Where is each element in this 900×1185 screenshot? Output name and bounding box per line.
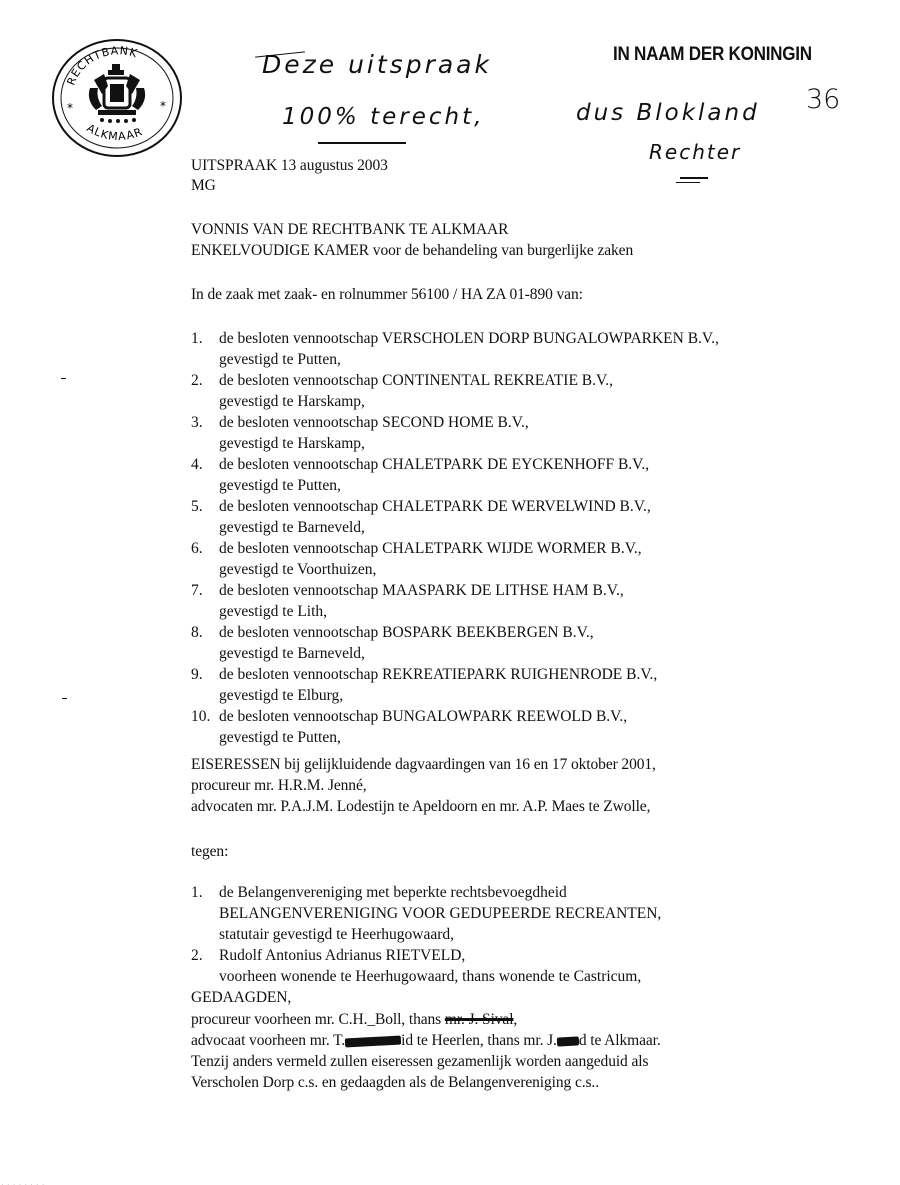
- advocaat-text-b: id te Heerlen, thans mr. J.: [401, 1032, 557, 1049]
- list-number: 4.: [191, 455, 203, 475]
- page-number: 36: [806, 84, 840, 115]
- list-number: 3.: [191, 413, 203, 433]
- plaintiff-seat: gevestigd te Barneveld,: [219, 644, 365, 664]
- advocaat-text-a: advocaat voorheen mr. T.: [191, 1032, 345, 1049]
- svg-text:*: *: [67, 101, 73, 115]
- plaintiff-name: de besloten vennootschap CONTINENTAL REK…: [219, 371, 613, 391]
- margin-mark: [62, 698, 67, 699]
- list-number: 1.: [191, 883, 203, 903]
- defendant-line: Rudolf Antonius Adrianus RIETVELD,: [219, 946, 465, 966]
- plaintiff-name: de besloten vennootschap BOSPARK BEEKBER…: [219, 623, 594, 643]
- defendants-advocaat: advocaat voorheen mr. T.id te Heerlen, t…: [191, 1031, 661, 1051]
- list-number: 6.: [191, 539, 203, 559]
- signature-underline-2: [676, 182, 700, 183]
- document-title: VONNIS VAN DE RECHTBANK TE ALKMAAR: [191, 220, 508, 240]
- plaintiff-seat: gevestigd te Putten,: [219, 350, 341, 370]
- defendants-label: GEDAAGDEN,: [191, 988, 291, 1008]
- uitspraak-date: UITSPRAAK 13 augustus 2003: [191, 156, 388, 176]
- plaintiff-seat: gevestigd te Barneveld,: [219, 518, 365, 538]
- handwritten-signature: Rechter: [649, 140, 741, 164]
- list-number: 5.: [191, 497, 203, 517]
- plaintiff-seat: gevestigd te Voorthuizen,: [219, 560, 376, 580]
- procureur-comma: ,: [513, 1011, 517, 1028]
- svg-text:ALKMAAR: ALKMAAR: [85, 121, 145, 143]
- redaction-mark: [557, 1036, 579, 1046]
- procureur-text: procureur voorheen mr. C.H._Boll, thans: [191, 1011, 445, 1028]
- plaintiff-seat: gevestigd te Harskamp,: [219, 392, 365, 412]
- defendant-line: statutair gevestigd te Heerhugowaard,: [219, 925, 454, 945]
- margin-mark: [61, 378, 66, 379]
- plaintiffs-procureur: procureur mr. H.R.M. Jenné,: [191, 776, 367, 796]
- plaintiff-name: de besloten vennootschap VERSCHOLEN DORP…: [219, 329, 719, 349]
- plaintiff-seat: gevestigd te Harskamp,: [219, 434, 365, 454]
- struck-name: mr. J. Sival: [445, 1011, 514, 1028]
- court-seal-icon: * * RECHTBANK ALKMAAR: [50, 38, 184, 158]
- stamp-heading: IN NAAM DER KONINGIN: [613, 44, 812, 66]
- handwritten-note-line2a: 100% terecht,: [282, 104, 484, 130]
- designation-note-line1: Tenzij anders vermeld zullen eiseressen …: [191, 1052, 648, 1072]
- plaintiff-seat: gevestigd te Lith,: [219, 602, 327, 622]
- against-label: tegen:: [191, 842, 228, 862]
- list-number: 2.: [191, 946, 203, 966]
- plaintiffs-summons: EISERESSEN bij gelijkluidende dagvaardin…: [191, 755, 656, 775]
- plaintiff-name: de besloten vennootschap SECOND HOME B.V…: [219, 413, 529, 433]
- svg-text:*: *: [160, 99, 166, 113]
- defendant-line: voorheen wonende te Heerhugowaard, thans…: [219, 967, 641, 987]
- plaintiff-name: de besloten vennootschap BUNGALOWPARK RE…: [219, 707, 627, 727]
- court-seal: * * RECHTBANK ALKMAAR: [50, 38, 184, 158]
- plaintiff-seat: gevestigd te Elburg,: [219, 686, 343, 706]
- plaintiff-name: de besloten vennootschap CHALETPARK DE E…: [219, 455, 649, 475]
- case-intro: In de zaak met zaak- en rolnummer 56100 …: [191, 285, 583, 305]
- initials: MG: [191, 176, 216, 196]
- signature-underline: [680, 177, 708, 179]
- plaintiff-name: de besloten vennootschap MAASPARK DE LIT…: [219, 581, 624, 601]
- list-number: 1.: [191, 329, 203, 349]
- defendants-procureur: procureur voorheen mr. C.H._Boll, thans …: [191, 1010, 517, 1030]
- document-subtitle: ENKELVOUDIGE KAMER voor de behandeling v…: [191, 241, 633, 261]
- plaintiff-seat: gevestigd te Putten,: [219, 476, 341, 496]
- designation-note-line2: Verscholen Dorp c.s. en gedaagden als de…: [191, 1073, 599, 1093]
- handwriting-underline: [318, 142, 406, 144]
- advocaat-text-c: d te Alkmaar.: [579, 1032, 661, 1049]
- plaintiff-seat: gevestigd te Putten,: [219, 728, 341, 748]
- plaintiff-name: de besloten vennootschap REKREATIEPARK R…: [219, 665, 657, 685]
- handwritten-note-line2b: dus Blokland: [576, 100, 760, 126]
- list-number: 2.: [191, 371, 203, 391]
- redaction-mark: [345, 1035, 401, 1047]
- list-number: 7.: [191, 581, 203, 601]
- plaintiffs-advocaten: advocaten mr. P.A.J.M. Lodestijn te Apel…: [191, 797, 650, 817]
- list-number: 9.: [191, 665, 203, 685]
- list-number: 8.: [191, 623, 203, 643]
- plaintiff-name: de besloten vennootschap CHALETPARK WIJD…: [219, 539, 642, 559]
- defendant-line: de Belangenvereniging met beperkte recht…: [219, 883, 567, 903]
- plaintiff-name: de besloten vennootschap CHALETPARK DE W…: [219, 497, 651, 517]
- defendant-line: BELANGENVERENIGING VOOR GEDUPEERDE RECRE…: [219, 904, 661, 924]
- handwritten-note-line1: Deze uitspraak: [262, 50, 492, 79]
- list-number: 10.: [191, 707, 210, 727]
